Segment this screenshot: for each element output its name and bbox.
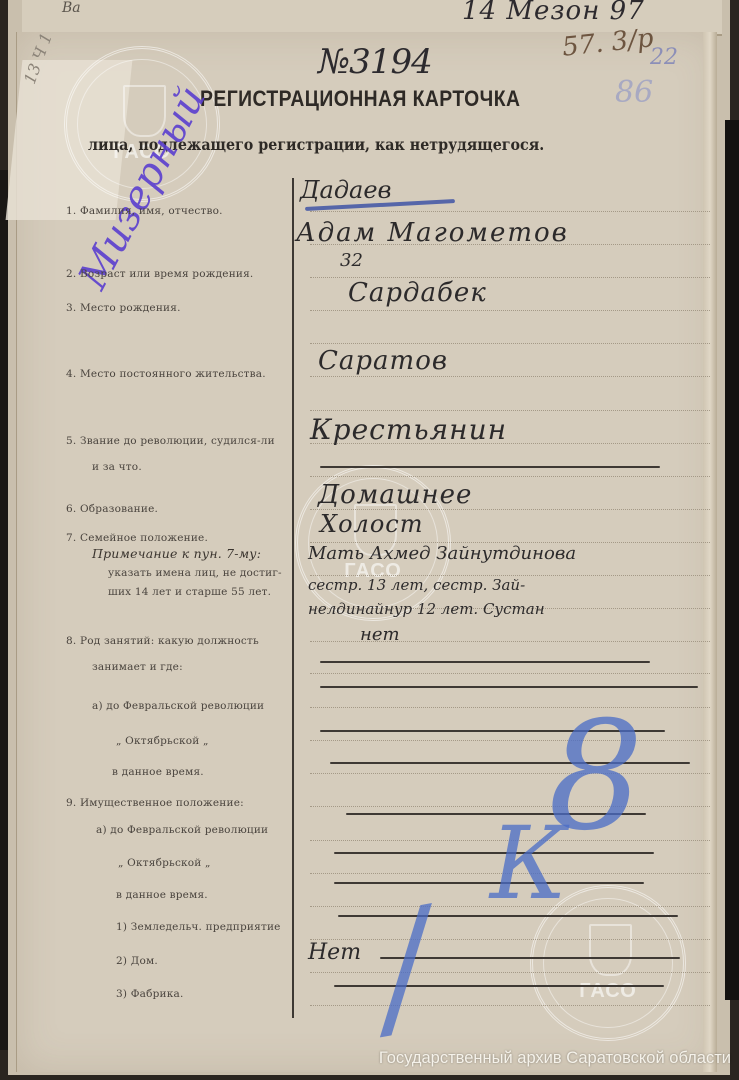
answer-birthplace: Сардабек [348, 278, 487, 308]
field-label-marital: 7. Семейное положение. [66, 532, 208, 544]
field-label-occupation: 8. Род занятий: какую должность [66, 635, 259, 647]
coat-of-arms-icon [589, 924, 632, 976]
field-label-rank: 5. Звание до революции, судился-ли [66, 435, 275, 447]
ruled-line [310, 343, 710, 344]
archive-code-secondary: 22 [650, 45, 678, 70]
archive-code-crossed: 86 [615, 75, 653, 110]
card-number: №3194 [318, 42, 432, 82]
answer-age: 32 [340, 250, 363, 271]
field-label-prop-feb: а) до Февральской революции [96, 824, 268, 836]
ruled-line [310, 707, 710, 708]
answer-family-line1: Мать Ахмед Зайнутдинова [308, 543, 576, 564]
column-divider [292, 178, 294, 1018]
card-title: РЕГИСТРАЦИОННАЯ КАРТОЧКА [200, 86, 520, 112]
field-label-property: 9. Имущественное положение: [66, 797, 244, 809]
answer-marital-status: Холост [320, 510, 423, 538]
ruled-line [310, 1005, 710, 1006]
field-note-7-line3: ших 14 лет и старше 55 лет. [108, 586, 271, 598]
field-label-occupation-cont: занимает и где: [92, 661, 183, 673]
answer-education: Домашнее [318, 480, 472, 510]
field-note-7: Примечание к пун. 7-му: [92, 546, 261, 561]
answer-property: Нет [308, 940, 361, 965]
answer-family-line3: нелдинайнур 12 лет. Сустан [308, 600, 545, 618]
ruled-line [310, 476, 710, 477]
ruled-line [310, 972, 710, 973]
archive-watermark: Государственный архив Саратовской област… [379, 1049, 731, 1068]
field-label-birthplace: 3. Место рождения. [66, 302, 181, 314]
ruled-line [310, 740, 710, 741]
field-label-prop-oct: „ Октябрьской „ [118, 857, 211, 869]
blank-dash-line [320, 686, 698, 688]
ruled-line [310, 673, 710, 674]
field-label-residence: 4. Место постоянного жительства. [66, 368, 266, 380]
ruled-line [310, 939, 710, 940]
answer-rank: Крестьянин [310, 413, 507, 446]
answer-surname: Дадаев [300, 176, 392, 204]
right-binding-edge [725, 120, 739, 1000]
ruled-line [310, 773, 710, 774]
ruled-line [310, 376, 710, 377]
seal-label: ГАСО [579, 980, 637, 1003]
field-label-prop-house: 2) Дом. [116, 955, 158, 967]
stacked-card-handwriting: 14 Мезон 97 [462, 0, 645, 26]
ruled-line [310, 211, 710, 212]
stacked-card-pencil-note: Ва [62, 0, 81, 16]
card-right-edge [703, 32, 717, 1072]
ruled-line [310, 310, 710, 311]
blank-dash-line [320, 661, 650, 663]
field-label-occ-oct: „ Октябрьской „ [116, 735, 209, 747]
answer-name-patronymic: Адам Магометов [296, 218, 569, 248]
field-label-occ-feb: а) до Февральской революции [92, 700, 264, 712]
field-label-name: 1. Фамилия, имя, отчество. [66, 205, 223, 217]
answer-family-line2: сестр. 13 лет, сестр. Зай- [308, 576, 525, 594]
blue-pencil-mark-k: К [490, 805, 567, 922]
answer-family-line4: нет [360, 624, 400, 645]
rank-dash-line [320, 466, 660, 468]
field-label-rank-cont: и за что. [92, 461, 142, 473]
ruled-line [310, 410, 710, 411]
field-label-education: 6. Образование. [66, 503, 158, 515]
field-label-prop-factory: 3) Фабрика. [116, 988, 184, 1000]
field-label-occ-now: в данное время. [112, 766, 204, 778]
left-binding-edge [0, 170, 8, 1050]
answer-residence: Саратов [318, 346, 448, 376]
field-note-7-line2: указать имена лиц, не достиг- [108, 567, 282, 579]
field-label-prop-now: в данное время. [116, 889, 208, 901]
field-label-prop-land: 1) Земледельч. предприятие [116, 921, 281, 933]
field-label-age: 2. Возраст или время рождения. [66, 268, 253, 280]
